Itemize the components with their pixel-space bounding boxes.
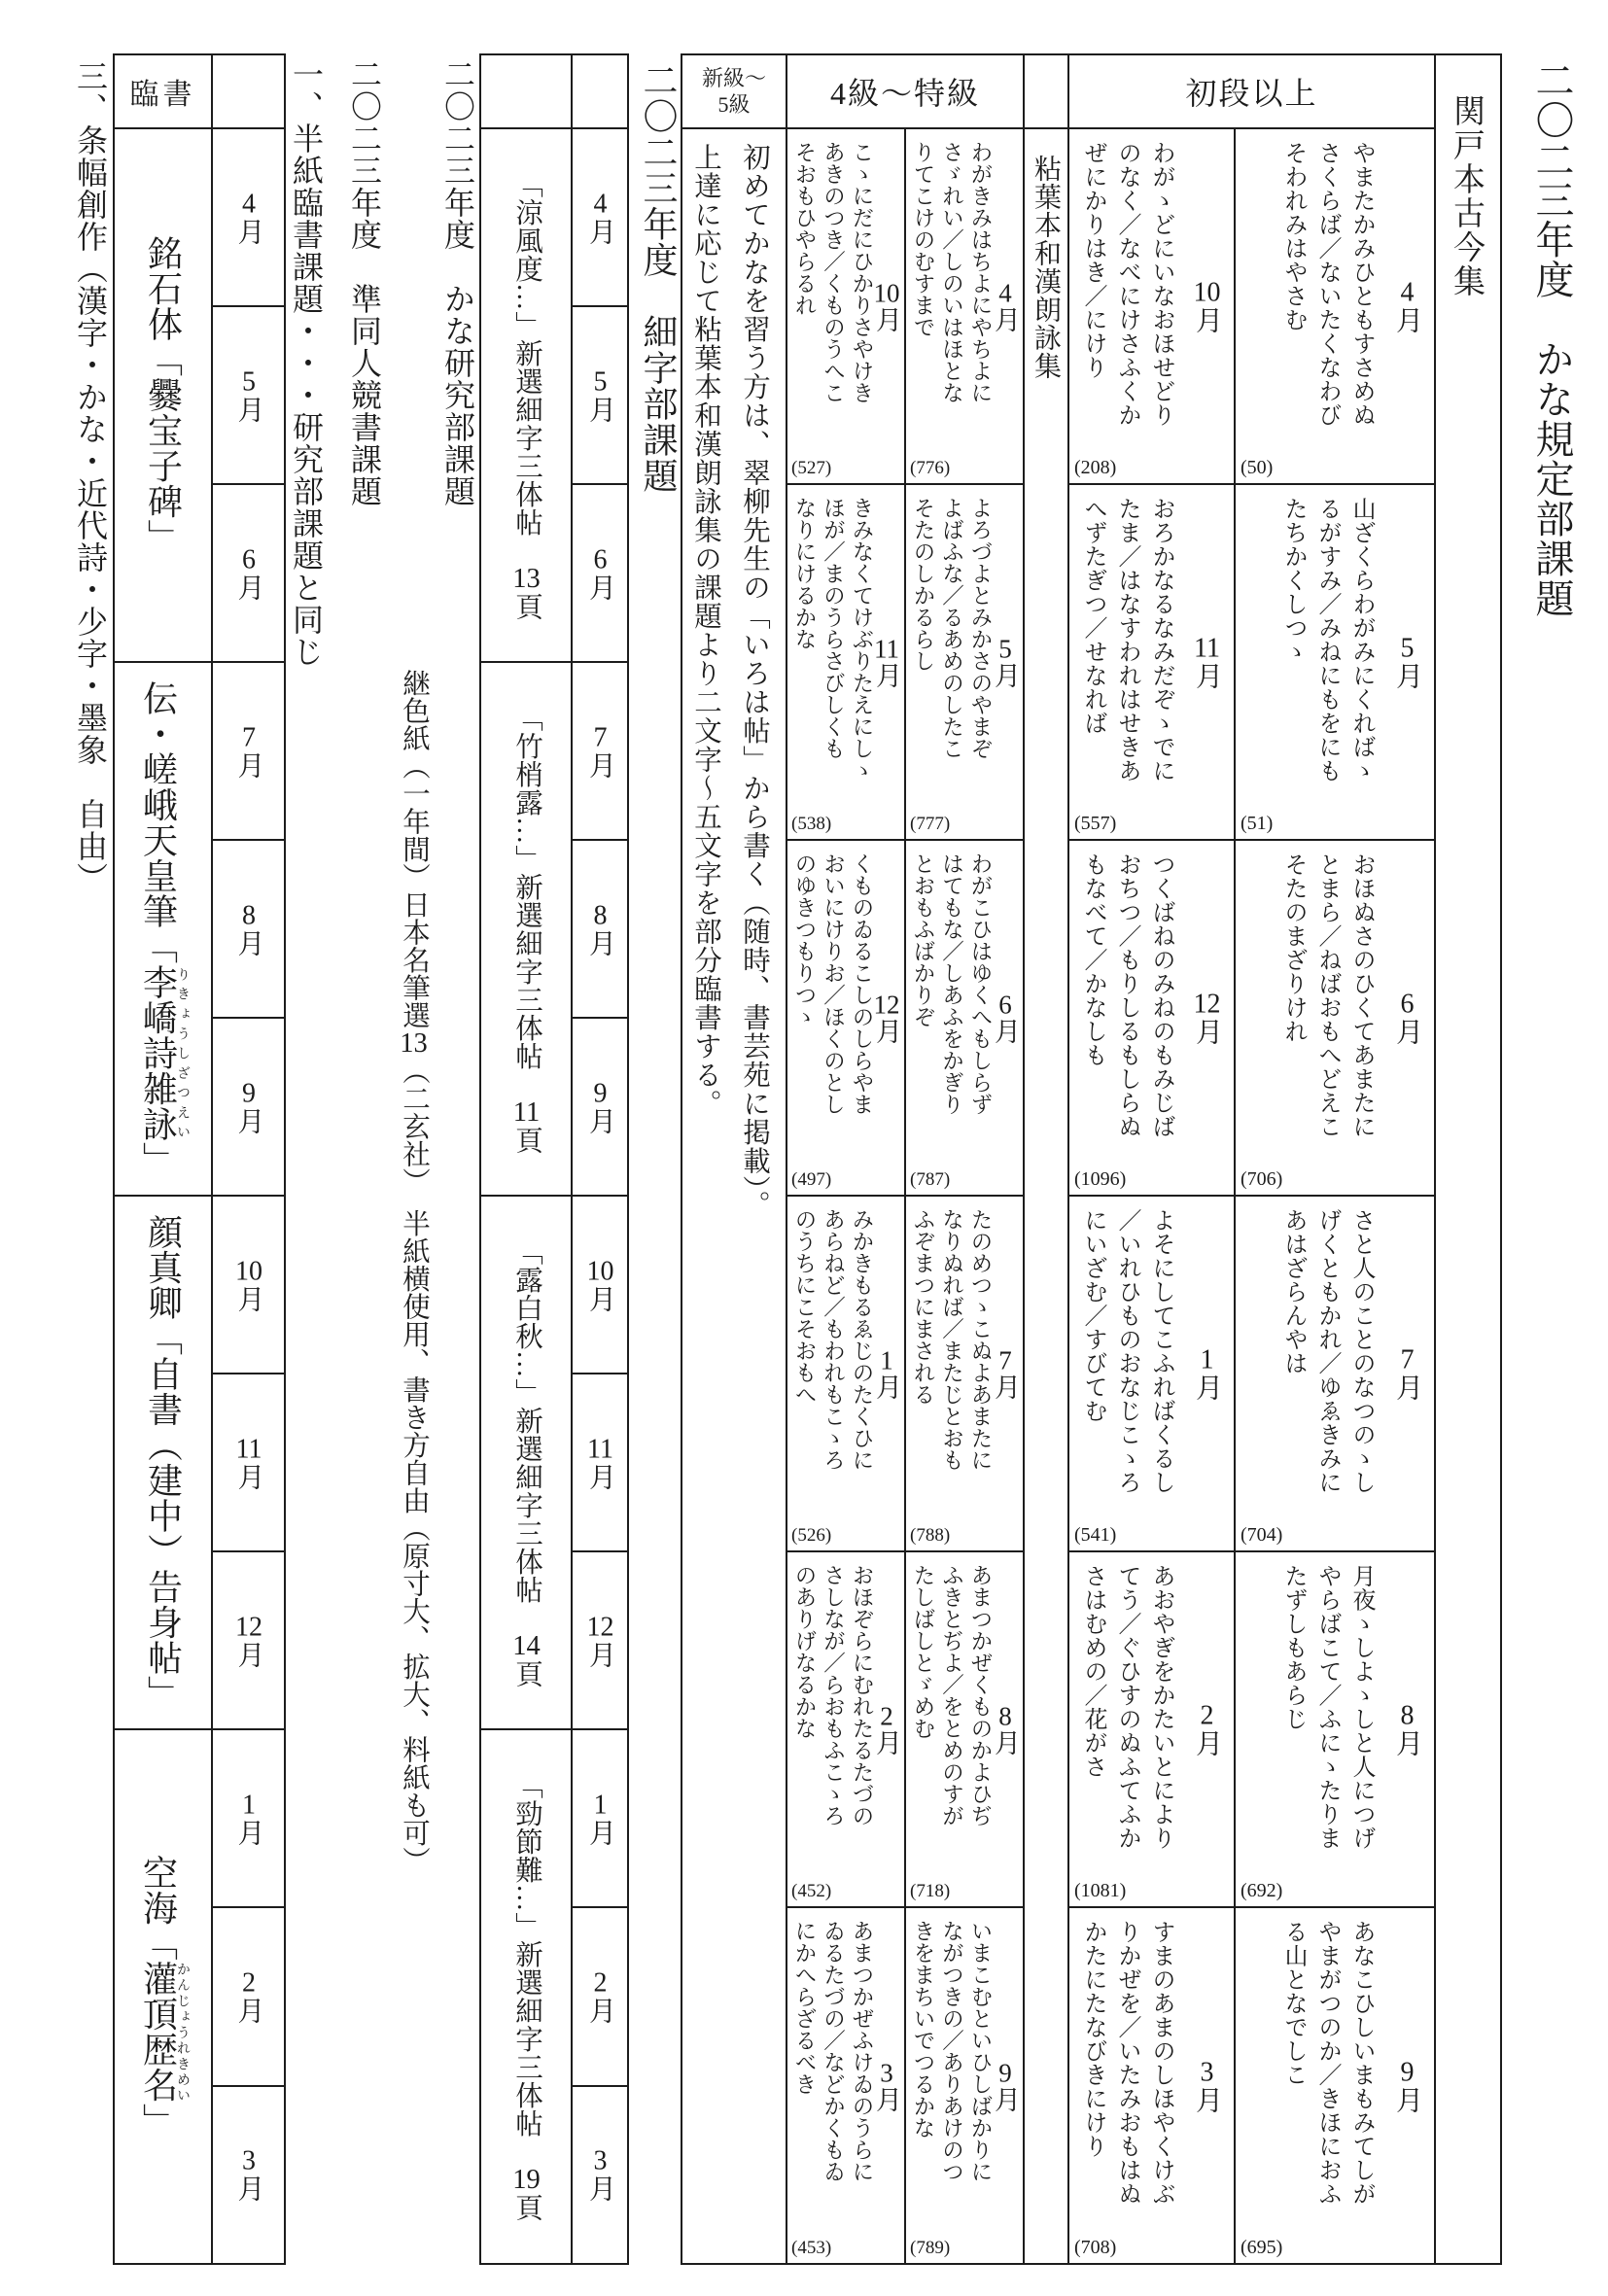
poem-text: 月夜ゝしよゝしと人につげやらばこて／ふにゝたりまたずしもあらじ xyxy=(1276,1564,1378,1850)
page-title: 二〇二三年度 かな規定部課題 xyxy=(1524,60,1580,2247)
month-label: 4月 xyxy=(229,191,268,245)
assignment-cell: 3月あまつかぜふけゐのうらにゐるたづの／などかくもゐにかへらざるべき(453) xyxy=(786,1906,904,2262)
poem-number: (541) xyxy=(1074,1524,1116,1547)
saiji-month-cell: 12月 xyxy=(571,1550,627,1728)
poem-text: あまつかぜくものかよひぢふきとぢよ／をとめのすがたしばしとゞめむ xyxy=(909,1564,996,1826)
saiji-month-cell: 2月 xyxy=(571,1906,627,2084)
poem-number: (51) xyxy=(1241,813,1273,835)
poem-number: (788) xyxy=(910,1525,950,1547)
rinsho-month-cell: 5月 xyxy=(211,305,284,483)
month-label: 6月 xyxy=(1387,991,1426,1045)
saiji-month-cell: 3月 xyxy=(571,2085,627,2263)
assignment-cell: 11月おろかなるなみだぞゝでにたま／はなすわれはせきあへずたぎつ／せなれば(55… xyxy=(1067,483,1234,839)
rinsho-model-label: 顔真卿「自書（建中）告身帖」 xyxy=(142,1214,185,1711)
rinsho-month-cell: 2月 xyxy=(211,1906,284,2084)
assignment-cell: 3月すまのあまのしほやくけぶりかぜを／いたみおもはぬかたにたなびきにけり(708… xyxy=(1067,1906,1234,2262)
poem-number: (692) xyxy=(1241,1880,1282,1902)
month-label: 2月 xyxy=(229,1969,268,2024)
poem-text: くものゐるこしのしらやまおいにけりお／ほくのとしのゆきつもりつゝ xyxy=(790,852,877,1115)
rinsho-header-empty xyxy=(211,55,284,127)
month-label: 11月 xyxy=(580,1436,619,1490)
saiji-group-cell: 「勁節難…」新選細字三体帖 19頁 xyxy=(481,1728,571,2262)
month-label: 5月 xyxy=(580,368,619,423)
poem-text: 山ざくらわがみにくればゝるがすみ／みねにもをにもたちかくしつゝ xyxy=(1276,497,1378,783)
poem-text: たのめつゝこぬよあまたになりぬれば／またじとおもふぞまつにまされる xyxy=(909,1208,996,1471)
rinsho-month-cell: 6月 xyxy=(211,483,284,661)
month-label: 1月 xyxy=(580,1792,619,1846)
poem-number: (453) xyxy=(791,2238,831,2259)
assignment-cell: 12月くものゐるこしのしらやまおいにけりお／ほくのとしのゆきつもりつゝ(497) xyxy=(786,839,904,1195)
rinsho-model-cell: 空海「灌頂歴名かんじょうれきめい」 xyxy=(115,1728,211,2262)
saiji-month-cell: 8月 xyxy=(571,839,627,1017)
month-label: 10月 xyxy=(1187,279,1226,333)
rinsho-month-cell: 3月 xyxy=(211,2085,284,2263)
month-label: 10月 xyxy=(229,1258,268,1312)
beginner-note: 初めてかなを習う方は、翠柳先生の「いろは帖」から書く（随時、書芸苑に掲載）。 上… xyxy=(682,127,786,2263)
kenkyu-section: 二〇二三年度 かな研究部課題 継色紙（一年間）日本名筆選13（二玄社） 半紙横使… xyxy=(279,58,479,2284)
month-label: 12月 xyxy=(229,1614,268,1668)
poem-number: (497) xyxy=(791,1169,831,1191)
month-label: 11月 xyxy=(1187,635,1226,689)
rinsho-month-cell: 11月 xyxy=(211,1373,284,1550)
assignment-cell: 6月おほぬさのひくてあまたにとまら／ねばおもへどえこそたのまざりけれ(706) xyxy=(1234,839,1434,1195)
saiji-month-cell: 5月 xyxy=(571,305,627,483)
saiji-month-cell: 1月 xyxy=(571,1728,627,1906)
month-label: 5月 xyxy=(1387,635,1426,689)
poem-number: (695) xyxy=(1241,2237,1282,2259)
saiji-header-empty-month xyxy=(571,55,627,127)
poem-number: (526) xyxy=(791,1525,831,1547)
poem-text: さと人のことのなつのゝしげくともかれ／ゆゑきみにあはざらんやは xyxy=(1276,1208,1378,1494)
saiji-month-cell: 4月 xyxy=(571,127,627,305)
month-label: 3月 xyxy=(1187,2059,1226,2113)
month-label: 6月 xyxy=(580,546,619,601)
poem-text: きみなくてけぶりたえにしゝほが／まのうらさびしくもなりにけるかな xyxy=(790,497,877,782)
model-ruby: 李嶠詩雑詠りきょうしざつえい xyxy=(139,964,178,1142)
month-label: 8月 xyxy=(229,902,268,957)
assignment-cell: 8月あまつかぜくものかよひぢふきとぢよ／をとめのすがたしばしとゞめむ(718) xyxy=(904,1550,1023,1906)
month-label: 12月 xyxy=(580,1614,619,1668)
poem-text: おほぞらにむれたるたづのさしなが／らおもふこゝろのありげなるかな xyxy=(790,1564,877,1826)
month-label: 11月 xyxy=(229,1436,268,1490)
kenkyu-title: 二〇二三年度 かな研究部課題 xyxy=(437,58,479,2284)
month-label: 4月 xyxy=(580,191,619,245)
poem-text: おろかなるなみだぞゝでにたま／はなすわれはせきあへずたぎつ／せなれば xyxy=(1075,497,1177,783)
rinsho-header: 臨書 xyxy=(115,55,211,127)
month-label: 4月 xyxy=(1387,279,1426,333)
month-label: 9月 xyxy=(1387,2059,1426,2113)
poem-text: あおやぎをかたいとによりてう／ぐひすのぬふてふかさはむめの／花がさ xyxy=(1075,1564,1177,1850)
assignment-cell: 7月たのめつゝこぬよあまたになりぬれば／またじとおもふぞまつにまされる(788) xyxy=(904,1195,1023,1550)
assignment-cell: 1月よそにしてこふればくるし／いれひものおなじこゝろにいざむ／すびてむ(541) xyxy=(1067,1195,1234,1550)
header-nencho-empty xyxy=(1023,55,1067,127)
assignment-cell: 5月よろづよとみかさのやまぞよばふな／るあめのしたこそたのしかるらし(777) xyxy=(904,483,1023,839)
month-label: 12月 xyxy=(1187,991,1226,1045)
poem-text: すまのあまのしほやくけぶりかぜを／いたみおもはぬかたにたなびきにけり xyxy=(1075,1920,1177,2206)
rinsho-table: 臨書 4月5月6月7月8月9月10月11月12月1月2月3月銘石体「爨宝子碑」伝… xyxy=(113,53,286,2265)
poem-number: (1096) xyxy=(1074,1168,1126,1191)
rinsho-model-label: 空海「灌頂歴名かんじょうれきめい」 xyxy=(137,1855,190,2139)
poem-number: (777) xyxy=(910,814,950,835)
saiji-group-label: 「涼風度…」新選細字三体帖 13頁 xyxy=(508,170,543,621)
month-label: 7月 xyxy=(229,724,268,779)
assignment-cell: 9月あなこひしいまもみてしがやまがつのか／きほにおふる山となでしこ(695) xyxy=(1234,1906,1434,2262)
month-label: 6月 xyxy=(229,546,268,601)
kenkyu-detail: 継色紙（一年間）日本名筆選13（二玄社） 半紙横使用、書き方自由（原寸大、拡大、… xyxy=(394,58,433,2284)
poem-text: やまたかみひともすさめぬさくらば／ないたくなわびそわれみはやさむ xyxy=(1276,141,1378,427)
month-label: 9月 xyxy=(580,1080,619,1134)
source-kando-label: 関戸本古今集 xyxy=(1436,55,1496,298)
assignment-cell: 8月月夜ゝしよゝしと人につげやらばこて／ふにゝたりまたずしもあらじ(692) xyxy=(1234,1550,1434,1906)
poem-number: (776) xyxy=(910,458,950,479)
assignment-cell: 1月みかきもるゑじのたくひにあらねど／もわれもこゝろのうちにこそおもへ(526) xyxy=(786,1195,904,1550)
saiji-header-empty-content xyxy=(481,55,571,127)
poem-number: (538) xyxy=(791,814,831,835)
model-ruby: 灌頂歴名かんじょうれきめい xyxy=(139,1961,178,2103)
poem-number: (787) xyxy=(910,1169,950,1191)
poem-text: おほぬさのひくてあまたにとまら／ねばおもへどえこそたのまざりけれ xyxy=(1276,852,1378,1138)
poem-text: あまつかぜふけゐのうらにゐるたづの／などかくもゐにかへらざるべき xyxy=(790,1920,877,2182)
poem-number: (527) xyxy=(791,458,831,479)
poem-number: (708) xyxy=(1074,2237,1116,2259)
assignment-cell: 9月いまこむといひしばかりにながつきの／ありあけのつきをまちいでつるかな(789… xyxy=(904,1906,1023,2262)
rinsho-model-label: 銘石体「爨宝子碑」 xyxy=(142,235,185,555)
saiji-group-cell: 「露白秋…」新選細字三体帖 14頁 xyxy=(481,1195,571,1728)
assignment-cell: 6月わがこひはゆくへもしらずはてもな／しあふをかぎりとおもふばかりぞ(787) xyxy=(904,839,1023,1195)
month-label: 1月 xyxy=(229,1792,268,1846)
rinsho-month-cell: 7月 xyxy=(211,661,284,839)
poem-text: よそにしてこふればくるし／いれひものおなじこゝろにいざむ／すびてむ xyxy=(1075,1208,1177,1494)
poem-text: あなこひしいまもみてしがやまがつのか／きほにおふる山となでしこ xyxy=(1276,1920,1378,2206)
poem-number: (452) xyxy=(791,1881,831,1902)
saiji-table: 4月5月6月7月8月9月10月11月12月1月2月3月「涼風度…」新選細字三体帖… xyxy=(479,53,629,2265)
source-kando-cell: 関戸本古今集 xyxy=(1434,55,1500,2263)
month-label: 2月 xyxy=(580,1969,619,2024)
saiji-month-cell: 10月 xyxy=(571,1195,627,1373)
saiji-group-label: 「露白秋…」新選細字三体帖 14頁 xyxy=(508,1237,543,1688)
poem-number: (1081) xyxy=(1074,1880,1126,1902)
assignment-cell: 4月やまたかみひともすさめぬさくらば／ないたくなわびそわれみはやさむ(50) xyxy=(1234,127,1434,483)
poem-number: (789) xyxy=(910,2238,950,2259)
header-shodan: 初段以上 xyxy=(1067,55,1434,127)
poem-text: みかきもるゑじのたくひにあらねど／もわれもこゝろのうちにこそおもへ xyxy=(790,1208,877,1471)
header-kyu: 4級〜特級 xyxy=(786,55,1023,127)
assignment-cell: 12月つくばねのみねのもみじばおちつ／もりしるもしらぬもなべて／かなしも(109… xyxy=(1067,839,1234,1195)
rinsho-month-cell: 4月 xyxy=(211,127,284,305)
assignment-cell: 10月こゝにだにひかりさやけきあきのつき／くものうへこそおもひやらるれ(527) xyxy=(786,127,904,483)
rinsho-month-cell: 10月 xyxy=(211,1195,284,1373)
assignment-cell: 4月わがきみはちよにやちよにさゞれい／しのいはほとなりてこけのむすまで(776) xyxy=(904,127,1023,483)
rinsho-month-cell: 12月 xyxy=(211,1550,284,1728)
month-label: 3月 xyxy=(229,2147,268,2202)
poem-text: こゝにだにひかりさやけきあきのつき／くものうへこそおもひやらるれ xyxy=(790,141,877,403)
assignment-cell: 11月きみなくてけぶりたえにしゝほが／まのうらさびしくもなりにけるかな(538) xyxy=(786,483,904,839)
poem-text: わがこひはゆくへもしらずはてもな／しあふをかぎりとおもふばかりぞ xyxy=(909,852,996,1115)
assignment-cell: 5月山ざくらわがみにくればゝるがすみ／みねにもをにもたちかくしつゝ(51) xyxy=(1234,483,1434,839)
poem-number: (208) xyxy=(1074,457,1116,479)
poem-text: よろづよとみかさのやまぞよばふな／るあめのしたこそたのしかるらし xyxy=(909,497,996,759)
source-nencho-cell: 粘葉本和漢朗詠集 xyxy=(1023,127,1067,2263)
assignment-cell: 2月あおやぎをかたいとによりてう／ぐひすのぬふてふかさはむめの／花がさ(1081… xyxy=(1067,1550,1234,1906)
rinsho-model-label: 伝・嵯峨天皇筆「李嶠詩雑詠りきょうしざつえい」 xyxy=(137,680,190,1177)
month-label: 5月 xyxy=(229,368,268,423)
rinsho-model-cell: 伝・嵯峨天皇筆「李嶠詩雑詠りきょうしざつえい」 xyxy=(115,661,211,1195)
poem-text: いまこむといひしばかりにながつきの／ありあけのつきをまちいでつるかな xyxy=(909,1920,996,2182)
saiji-month-cell: 11月 xyxy=(571,1373,627,1550)
month-label: 3月 xyxy=(580,2147,619,2202)
saiji-group-cell: 「涼風度…」新選細字三体帖 13頁 xyxy=(481,127,571,661)
saiji-group-cell: 「竹梢露…」新選細字三体帖 11頁 xyxy=(481,661,571,1195)
source-nencho-label: 粘葉本和漢朗詠集 xyxy=(1025,129,1066,380)
jun-dojin-title: 二〇二三年度 準同人競書課題 xyxy=(343,58,386,2284)
rinsho-month-cell: 8月 xyxy=(211,839,284,1017)
saiji-group-label: 「竹梢露…」新選細字三体帖 11頁 xyxy=(508,704,543,1155)
saiji-month-cell: 9月 xyxy=(571,1017,627,1195)
month-label: 8月 xyxy=(580,902,619,957)
poem-number: (50) xyxy=(1241,457,1273,479)
poem-text: わがゝどにいなおほせどりのなく／なべにけさふくかぜにかりはき／にけり xyxy=(1075,141,1177,427)
month-label: 7月 xyxy=(580,724,619,779)
header-shinkyu: 新級〜 5級 xyxy=(682,55,786,127)
rinsho-month-cell: 9月 xyxy=(211,1017,284,1195)
rinsho-model-cell: 顔真卿「自書（建中）告身帖」 xyxy=(115,1195,211,1728)
saiji-group-label: 「勁節難…」新選細字三体帖 19頁 xyxy=(508,1771,543,2222)
assignment-cell: 10月わがゝどにいなおほせどりのなく／なべにけさふくかぜにかりはき／にけり(20… xyxy=(1067,127,1234,483)
assignment-cell: 2月おほぞらにむれたるたづのさしなが／らおもふこゝろのありげなるかな(452) xyxy=(786,1550,904,1906)
poem-text: つくばねのみねのもみじばおちつ／もりしるもしらぬもなべて／かなしも xyxy=(1075,852,1177,1138)
poem-text: わがきみはちよにやちよにさゞれい／しのいはほとなりてこけのむすまで xyxy=(909,141,996,403)
month-label: 10月 xyxy=(580,1258,619,1312)
saiji-month-cell: 6月 xyxy=(571,483,627,661)
poem-number: (718) xyxy=(910,1881,950,1902)
month-label: 9月 xyxy=(229,1080,268,1134)
kitei-table: 関戸本古今集 初段以上 粘葉本和漢朗詠集 4級〜特級 新級〜 5級 初めてかなを… xyxy=(681,53,1502,2265)
month-label: 1月 xyxy=(1187,1346,1226,1401)
month-label: 8月 xyxy=(1387,1702,1426,1757)
saiji-title: 二〇二三年度 細字部課題 xyxy=(634,62,683,2201)
jun-dojin-item-1: 一、半紙臨書課題・・・研究部課題と同じ xyxy=(285,58,328,2284)
poem-number: (704) xyxy=(1241,1524,1282,1547)
month-label: 7月 xyxy=(1387,1346,1426,1401)
poem-number: (557) xyxy=(1074,813,1116,835)
poem-number: (706) xyxy=(1241,1168,1282,1191)
saiji-month-cell: 7月 xyxy=(571,661,627,839)
month-label: 2月 xyxy=(1187,1702,1226,1757)
rinsho-month-cell: 1月 xyxy=(211,1728,284,1906)
sofuku-sosaku-line: 三、条幅創作（漢字・かな・近代詩・少字・墨象 自由） xyxy=(68,60,113,2247)
rinsho-model-cell: 銘石体「爨宝子碑」 xyxy=(115,127,211,661)
assignment-cell: 7月さと人のことのなつのゝしげくともかれ／ゆゑきみにあはざらんやは(704) xyxy=(1234,1195,1434,1550)
